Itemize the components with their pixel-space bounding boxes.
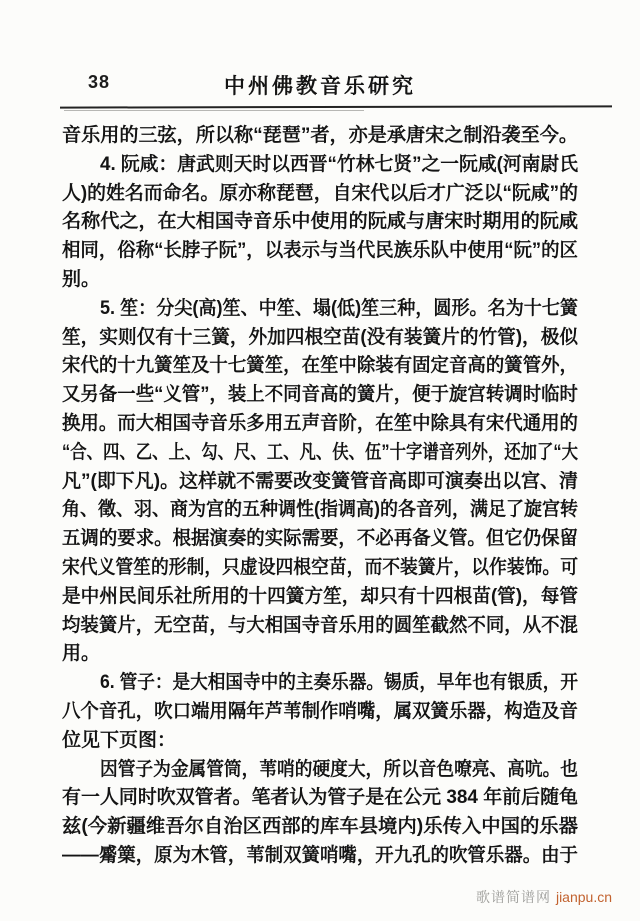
text-line: 人)的姓名而命名。原亦称琵琶，自宋代以后才广泛以“阮咸”的: [62, 180, 578, 209]
text-line: 五调的要求。根据演奏的实际需要，不必再备义管。但它仍保留: [62, 525, 578, 554]
text-line: 4. 阮咸：唐武则天时以西晋“竹林七贤”之一阮咸(河南尉氏: [62, 151, 578, 180]
text-line: “合、四、乙、上、勾、尺、工、凡、伕、伍”十字谱音列外，还加了“大: [62, 439, 578, 468]
body-text: 音乐用的三弦，所以称“琵琶”者，亦是承唐宋之制沿袭至今。 4. 阮咸：唐武则天时…: [62, 122, 578, 871]
text-line: 用。: [62, 640, 578, 669]
watermark: 歌谱简谱网jianpu.cn: [476, 887, 612, 907]
text-line: 是中州民间乐社所用的十四簧方笙，却只有十四根苗(管)，每管: [62, 583, 578, 612]
text-line: 有一人同时吹双管者。笔者认为管子是在公元 384 年前后随龟: [62, 784, 578, 813]
page-header: 38 中州佛教音乐研究: [0, 70, 640, 100]
text-line: 相同，俗称“长脖子阮”，以表示与当代民族乐队中使用“阮”的区: [62, 237, 578, 266]
text-line: ——觱篥，原为木管，苇制双簧哨嘴，开九孔的吹管乐器。由于: [62, 842, 578, 871]
text-line: 宋代义管笙的形制，只虚设四根空苗，而不装簧片，以作装饰。可: [62, 554, 578, 583]
text-line: 5. 笙：分尖(高)笙、中笙、塌(低)笙三种，圆形。名为十七簧: [62, 295, 578, 324]
text-line: 角、徵、羽、商为宫的五种调性(指调高)的各音列，满足了旋宫转: [62, 496, 578, 525]
text-line: 均装簧片，无空苗，与大相国寺音乐用的圆笙截然不同，从不混: [62, 612, 578, 641]
page-title: 中州佛教音乐研究: [0, 70, 640, 100]
text-line: 又另备一些“义管”，装上不同音高的簧片，便于旋宫转调时临时: [62, 381, 578, 410]
text-line: 因管子为金属管筒，苇哨的硬度大，所以音色嘹亮、高吭。也: [62, 756, 578, 785]
text-line: 位见下页图：: [62, 727, 578, 756]
watermark-site-name: 歌谱简谱网: [476, 889, 551, 905]
text-line: 笙，实则仅有十三簧，外加四根空苗(没有装簧片的竹管)，极似: [62, 324, 578, 353]
watermark-site-url: jianpu.cn: [556, 889, 612, 905]
text-line: 宋代的十九簧笙及十七簧笙，在笙中除装有固定音高的簧管外，: [62, 352, 578, 381]
text-line: 八个音孔，吹口端用隔年芦苇制作哨嘴，属双簧乐器，构造及音: [62, 698, 578, 727]
text-line: 音乐用的三弦，所以称“琵琶”者，亦是承唐宋之制沿袭至今。: [62, 122, 578, 151]
text-line: 换用。而大相国寺音乐多用五声音阶，在笙中除具有宋代通用的: [62, 410, 578, 439]
text-line: 兹(今新疆维吾尔自治区西部的库车县境内)乐传入中国的乐器: [62, 813, 578, 842]
text-line: 凡”(即下凡)。这样就不需要改变簧管音高即可演奏出以宫、清: [62, 468, 578, 497]
text-line: 别。: [62, 266, 578, 295]
text-line: 6. 管子：是大相国寺中的主奏乐器。锡质，早年也有银质，开: [62, 669, 578, 698]
text-line: 名称代之，在大相国寺音乐中使用的阮咸与唐宋时期用的阮咸: [62, 208, 578, 237]
header-divider-shadow: [64, 110, 364, 111]
scanned-book-page: 38 中州佛教音乐研究 音乐用的三弦，所以称“琵琶”者，亦是承唐宋之制沿袭至今。…: [0, 0, 640, 921]
header-divider: [60, 105, 612, 108]
